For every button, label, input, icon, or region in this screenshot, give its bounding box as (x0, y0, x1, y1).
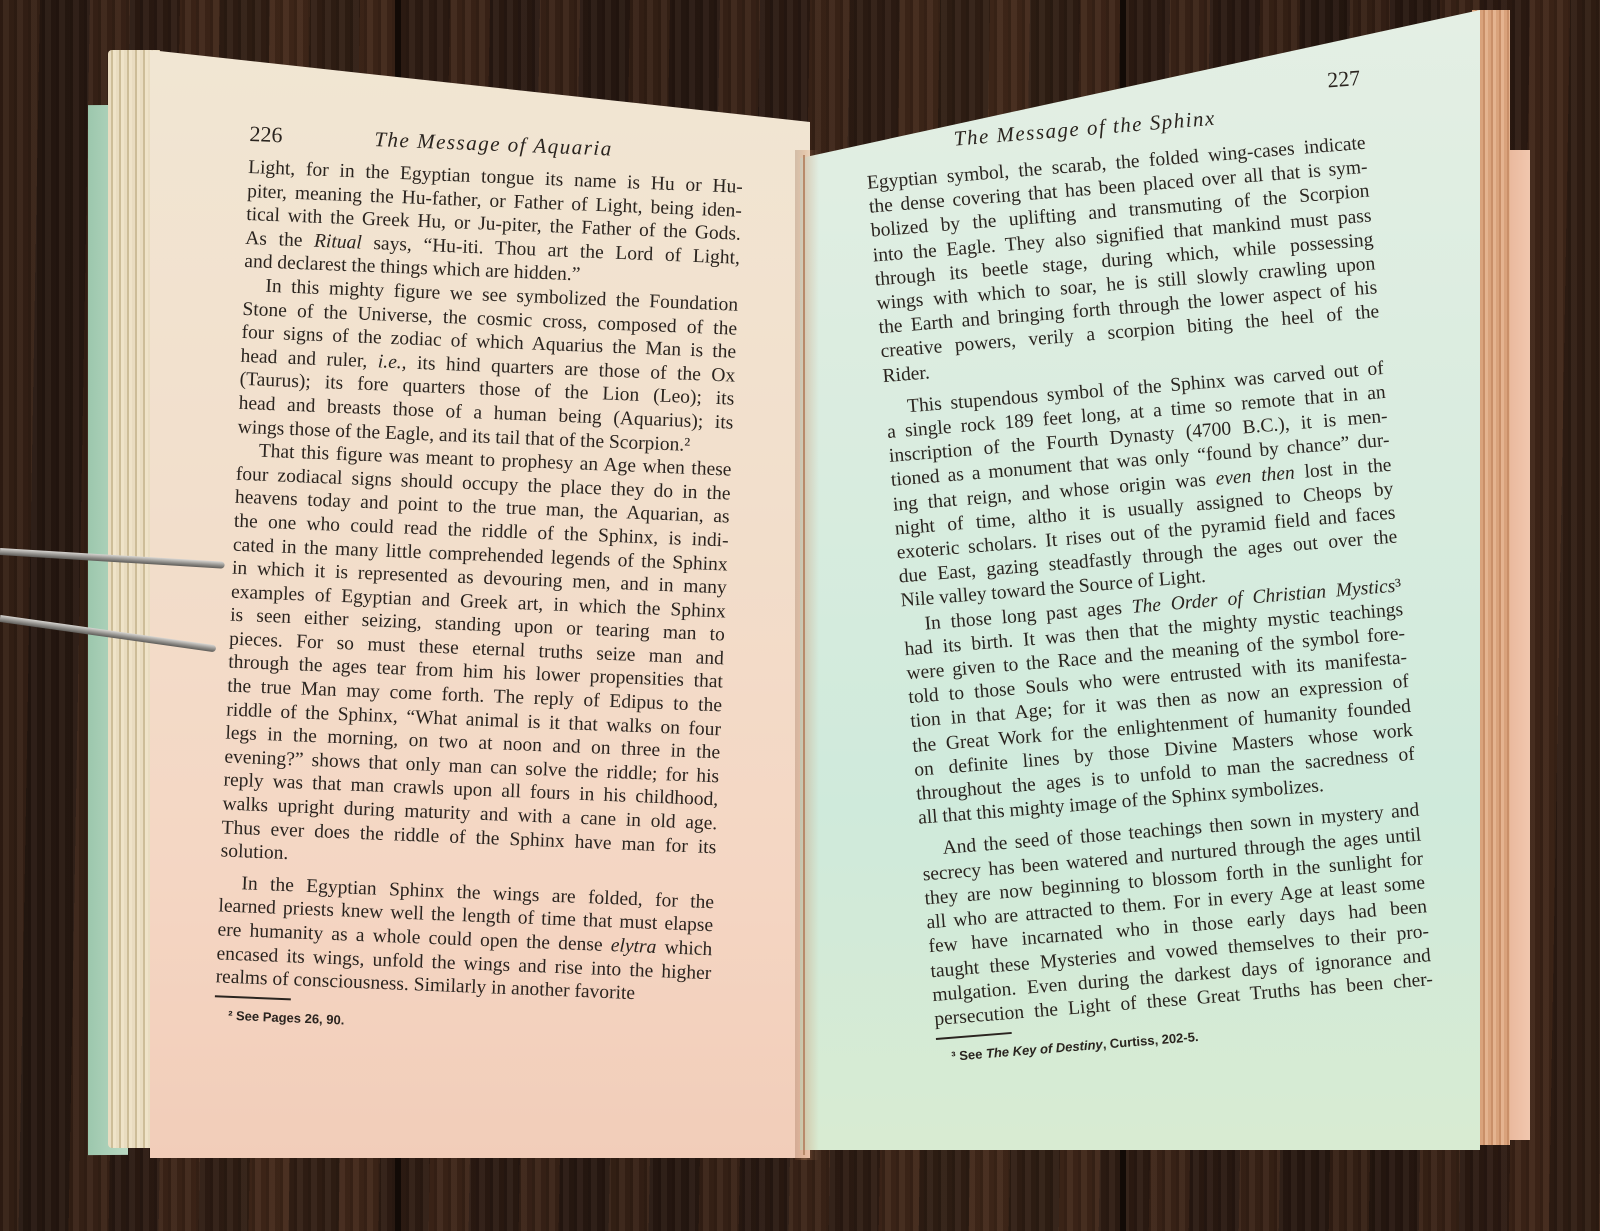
page-number: 227 (1326, 66, 1361, 93)
footnote-rule (936, 1032, 1012, 1040)
right-page-text: 227 The Message of the Sphinx Egyptian s… (862, 80, 1437, 1070)
left-page-text: 226 The Message of Aquaria Light, for in… (214, 122, 745, 1047)
right-page: 227 The Message of the Sphinx Egyptian s… (800, 10, 1480, 1150)
book-gutter (795, 150, 819, 1160)
running-head: The Message of Aquaria (374, 128, 613, 161)
footnote-rule (215, 995, 291, 1000)
left-page: 226 The Message of Aquaria Light, for in… (150, 50, 810, 1158)
body-text: Egyptian symbol, the scarab, the folded … (866, 132, 1434, 1032)
page-number: 226 (249, 122, 283, 147)
body-text: Light, for in the Egyptian tongue its na… (215, 156, 743, 1009)
footnote: ² See Pages 26, 90. (214, 1003, 710, 1046)
gutter-fold (803, 155, 805, 1155)
